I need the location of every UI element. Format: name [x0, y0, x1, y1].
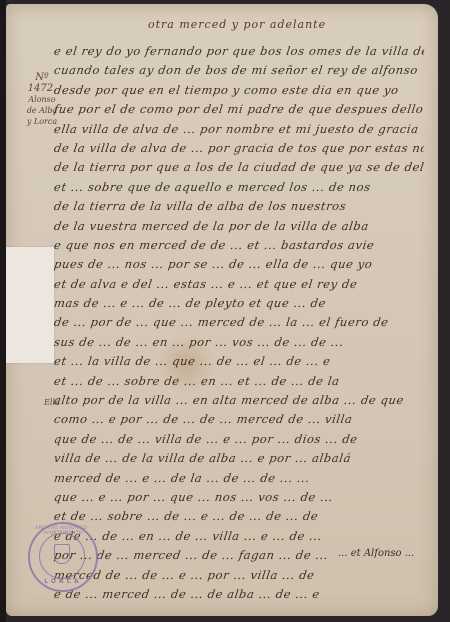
- text-line: villa de ... de la villa de alba ... e p…: [53, 449, 426, 468]
- text-line: merced de ... de ... e ... por ... villa…: [53, 566, 426, 585]
- paper-slip: [6, 247, 54, 363]
- text-line: de la vuestra merced de la por de la vil…: [53, 217, 426, 236]
- text-line: fue por el de como por del mi padre de q…: [53, 100, 426, 119]
- text-line: merced de ... e ... de la ... de ... de …: [53, 469, 426, 488]
- text-line: alto por de la villa ... en alta merced …: [53, 391, 426, 410]
- text-line: mas de ... e ... de ... de pleyto et que…: [53, 294, 426, 313]
- coat-of-arms-icon: [54, 544, 70, 564]
- text-line: e que nos en merced de de ... et ... bas…: [53, 236, 426, 255]
- text-line: de la tierra por que a los de la ciudad …: [53, 158, 426, 177]
- text-line: ella villa de alva de ... por nombre et …: [53, 120, 426, 139]
- text-line: de la villa de alva de ... por gracia de…: [53, 139, 426, 158]
- text-line: pues de ... nos ... por se ... de ... el…: [53, 255, 426, 274]
- manuscript-text: e el rey do yo fernando por que bos los …: [54, 42, 424, 604]
- text-line: cuando tales ay don de bos de mi señor e…: [53, 61, 426, 80]
- text-line: desde por que en el tiempo y como este d…: [53, 81, 426, 100]
- text-line: e de ... merced ... de ... de alba ... d…: [53, 585, 426, 604]
- text-line: de ... por de ... que ... merced de ... …: [53, 313, 426, 332]
- signature: ... et Alfonso ...: [338, 548, 414, 559]
- text-line: e el rey do yo fernando por que bos los …: [53, 42, 426, 61]
- text-line: et ... la villa de ... que ... de ... el…: [53, 352, 426, 371]
- text-line: como ... e por ... de ... de ... merced …: [53, 410, 426, 429]
- text-line: que ... e ... por ... que ... nos ... vo…: [53, 488, 426, 507]
- text-line: et ... sobre que de aquello e merced los…: [53, 178, 426, 197]
- archive-stamp: ARCHIVO HISTORICO · AYUNTAMIENTO LORCA: [28, 522, 98, 592]
- text-line: que de ... de ... villa de ... e ... por…: [53, 430, 426, 449]
- text-line: de la tierra de la villa de alba de los …: [53, 197, 426, 216]
- text-line: e de ... de ... en ... de ... villa ... …: [53, 527, 426, 546]
- text-line: et de alva e del ... estas ... e ... et …: [53, 275, 426, 294]
- document-header: otra merced y por adelante: [148, 18, 378, 31]
- stamp-bottom-text: LORCA: [30, 578, 96, 585]
- text-line: sus de ... de ... en ... por ... vos ...…: [53, 333, 426, 352]
- text-line: et ... de ... sobre de ... en ... et ...…: [53, 372, 426, 391]
- text-line: et de ... sobre ... de ... e ... de ... …: [53, 507, 426, 526]
